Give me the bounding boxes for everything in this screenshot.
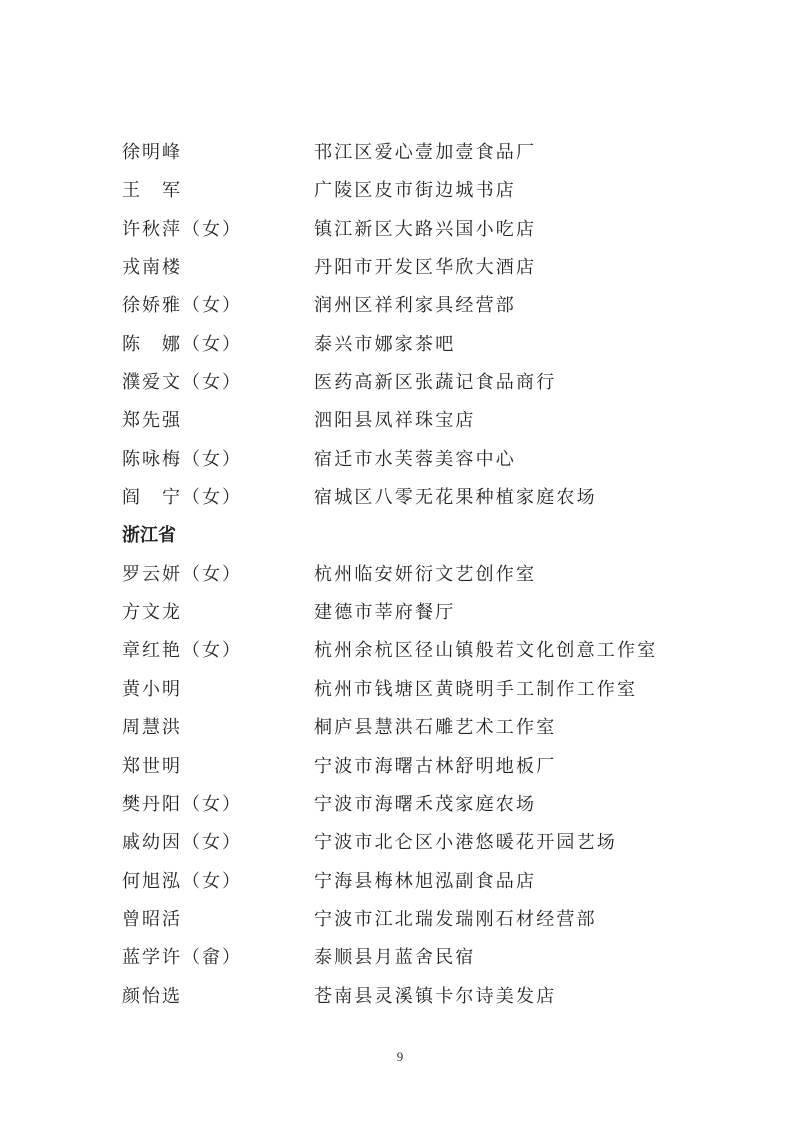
document-page: 徐明峰邗江区爱心壹加壹食品厂 王 军广陵区皮市街边城书店 许秋萍（女）镇江新区大… — [0, 0, 800, 1131]
business-name: 杭州市钱塘区黄晓明手工制作工作室 — [314, 677, 637, 703]
business-name: 宁波市海曙禾茂家庭农场 — [314, 792, 536, 818]
business-name: 苍南县灵溪镇卡尔诗美发店 — [314, 984, 556, 1010]
business-name: 桐庐县慧洪石雕艺术工作室 — [314, 715, 556, 741]
person-name: 郑先强 — [122, 408, 182, 434]
business-name: 宁海县梅林旭泓副食品店 — [314, 869, 536, 895]
person-name: 何旭泓（女） — [122, 869, 242, 895]
business-name: 丹阳市开发区华欣大酒店 — [314, 255, 536, 281]
person-name: 陈 娜（女） — [122, 332, 242, 358]
page-number: 9 — [0, 1049, 800, 1065]
person-name: 罗云妍（女） — [122, 562, 242, 588]
person-name: 曾昭活 — [122, 907, 182, 933]
business-name: 泗阳县凤祥珠宝店 — [314, 408, 476, 434]
business-name: 泰兴市娜家茶吧 — [314, 332, 455, 358]
business-name: 宁波市北仑区小港悠暖花开园艺场 — [314, 830, 617, 856]
business-name: 广陵区皮市街边城书店 — [314, 178, 516, 204]
business-name: 宁波市江北瑞发瑞刚石材经营部 — [314, 907, 597, 933]
person-name: 徐娇雅（女） — [122, 293, 242, 319]
business-name: 宁波市海曙古林舒明地板厂 — [314, 754, 556, 780]
person-name: 郑世明 — [122, 754, 182, 780]
person-name: 濮爱文（女） — [122, 370, 242, 396]
person-name: 许秋萍（女） — [122, 217, 242, 243]
person-name: 蓝学许（畲） — [122, 945, 242, 971]
business-name: 邗江区爱心壹加壹食品厂 — [314, 140, 536, 166]
business-name: 杭州余杭区径山镇般若文化创意工作室 — [314, 638, 657, 664]
business-name: 泰顺县月蓝舍民宿 — [314, 945, 476, 971]
person-name: 颜怡选 — [122, 984, 182, 1010]
person-name: 陈咏梅（女） — [122, 447, 242, 473]
person-name: 戎南楼 — [122, 255, 182, 281]
person-name: 方文龙 — [122, 600, 182, 626]
person-name: 王 军 — [122, 178, 182, 204]
person-name: 黄小明 — [122, 677, 182, 703]
province-heading: 浙江省 — [122, 523, 176, 549]
business-name: 润州区祥利家具经营部 — [314, 293, 516, 319]
business-name: 宿城区八零无花果种植家庭农场 — [314, 485, 597, 511]
business-name: 宿迁市水芙蓉美容中心 — [314, 447, 516, 473]
business-name: 镇江新区大路兴国小吃店 — [314, 217, 536, 243]
person-name: 阎 宁（女） — [122, 485, 242, 511]
business-name: 医药高新区张蔬记食品商行 — [314, 370, 556, 396]
person-name: 徐明峰 — [122, 140, 182, 166]
person-name: 周慧洪 — [122, 715, 182, 741]
business-name: 杭州临安妍衍文艺创作室 — [314, 562, 536, 588]
business-name: 建德市莘府餐厅 — [314, 600, 455, 626]
person-name: 章红艳（女） — [122, 638, 242, 664]
person-name: 樊丹阳（女） — [122, 792, 242, 818]
person-name: 戚幼因（女） — [122, 830, 242, 856]
